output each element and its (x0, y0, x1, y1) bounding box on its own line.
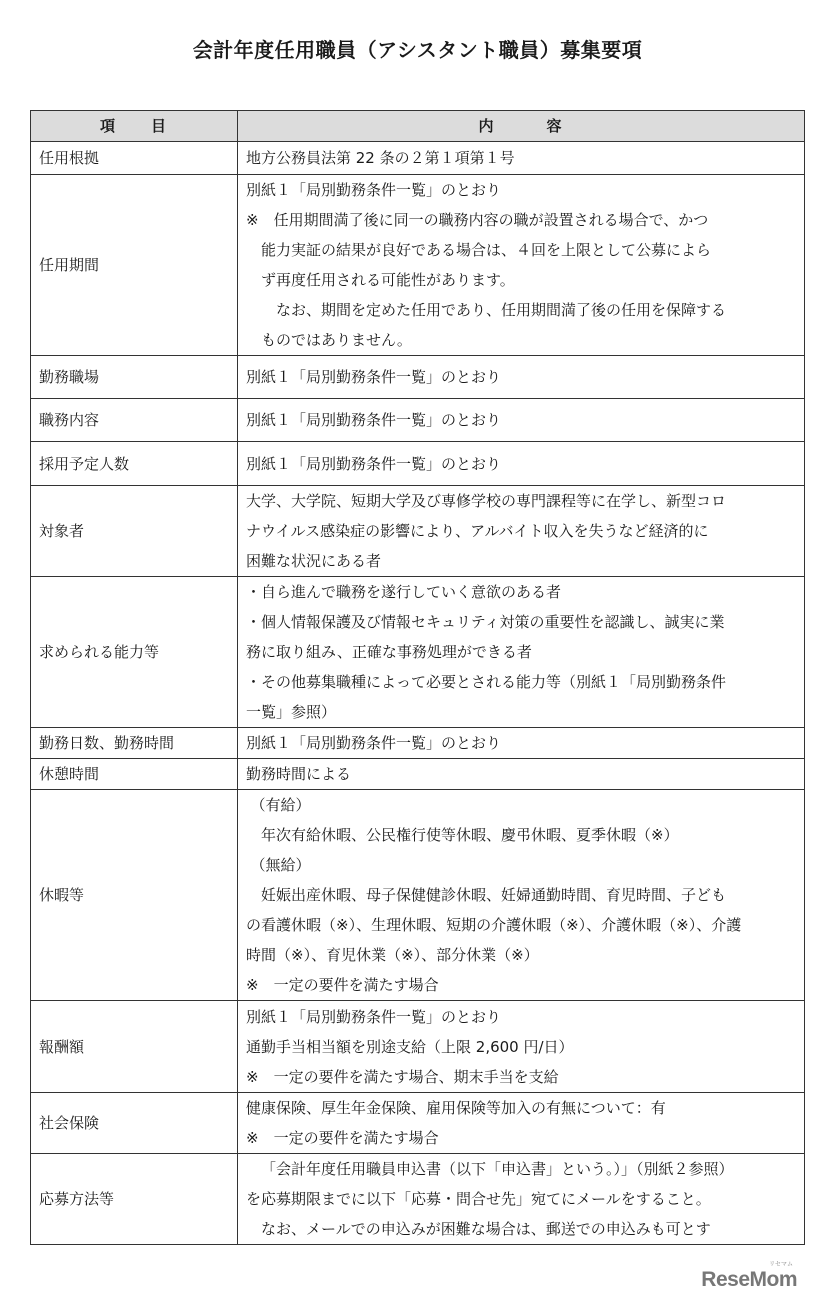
table-row: 職務内容 別紙１「局別勤務条件一覧」のとおり (31, 399, 805, 442)
content-line: 別紙１「局別勤務条件一覧」のとおり (246, 449, 796, 479)
content-line: 務に取り組み、正確な事務処理ができる者 (246, 637, 796, 667)
row-label: 勤務日数、勤務時間 (31, 728, 238, 759)
content-line: 別紙１「局別勤務条件一覧」のとおり (246, 405, 796, 435)
row-content: 勤務時間による (238, 759, 805, 790)
content-line: 妊娠出産休暇、母子保健健診休暇、妊婦通勤時間、育児時間、子ども (246, 880, 796, 910)
row-content: 「会計年度任用職員申込書（以下「申込書」という。）」（別紙２参照） を応募期限ま… (238, 1154, 805, 1245)
content-line: 別紙１「局別勤務条件一覧」のとおり (246, 175, 796, 205)
content-line: 勤務時間による (246, 759, 796, 789)
content-line: 能力実証の結果が良好である場合は、４回を上限として公募によら (246, 235, 796, 265)
content-line: ものではありません。 (246, 325, 796, 355)
content-line: 健康保険、厚生年金保険、雇用保険等加入の有無について：有 (246, 1093, 796, 1123)
row-content: 別紙１「局別勤務条件一覧」のとおり 通勤手当相当額を別途支給（上限 2,600 … (238, 1001, 805, 1093)
column-header-content: 内 容 (238, 111, 805, 142)
table-row: 社会保険 健康保険、厚生年金保険、雇用保険等加入の有無について：有 ※ 一定の要… (31, 1093, 805, 1154)
row-label: 勤務職場 (31, 356, 238, 399)
table-row: 対象者 大学、大学院、短期大学及び専修学校の専門課程等に在学し、新型コロ ナウイ… (31, 486, 805, 577)
content-line: の看護休暇（※）、生理休暇、短期の介護休暇（※）、介護休暇（※）、介護 (246, 910, 796, 940)
row-label: 応募方法等 (31, 1154, 238, 1245)
row-label: 対象者 (31, 486, 238, 577)
content-line: 別紙１「局別勤務条件一覧」のとおり (246, 1002, 796, 1032)
table-header-row: 項 目 内 容 (31, 111, 805, 142)
row-label: 職務内容 (31, 399, 238, 442)
content-line: ※ 一定の要件を満たす場合 (246, 970, 796, 1000)
table-row: 勤務職場 別紙１「局別勤務条件一覧」のとおり (31, 356, 805, 399)
content-line: 別紙１「局別勤務条件一覧」のとおり (246, 728, 796, 758)
table-row: 応募方法等 「会計年度任用職員申込書（以下「申込書」という。）」（別紙２参照） … (31, 1154, 805, 1245)
page-title: 会計年度任用職員（アシスタント職員）募集要項 (0, 34, 835, 63)
row-content: 別紙１「局別勤務条件一覧」のとおり ※ 任用期間満了後に同一の職務内容の職が設置… (238, 175, 805, 356)
content-line: ※ 一定の要件を満たす場合、期末手当を支給 (246, 1062, 796, 1092)
row-content: 健康保険、厚生年金保険、雇用保険等加入の有無について：有 ※ 一定の要件を満たす… (238, 1093, 805, 1154)
content-line: 困難な状況にある者 (246, 546, 796, 576)
content-line: なお、期間を定めた任用であり、任用期間満了後の任用を保障する (246, 295, 796, 325)
row-content: 別紙１「局別勤務条件一覧」のとおり (238, 442, 805, 486)
table-row: 報酬額 別紙１「局別勤務条件一覧」のとおり 通勤手当相当額を別途支給（上限 2,… (31, 1001, 805, 1093)
content-line: 一覧」参照） (246, 697, 796, 727)
row-label: 社会保険 (31, 1093, 238, 1154)
content-line: なお、メールでの申込みが困難な場合は、郵送での申込みも可とす (246, 1214, 796, 1244)
row-content: 別紙１「局別勤務条件一覧」のとおり (238, 399, 805, 442)
requirements-table: 項 目 内 容 任用根拠 地方公務員法第 22 条の２第１項第１号 任用期間 別… (30, 110, 805, 1245)
content-line: 「会計年度任用職員申込書（以下「申込書」という。）」（別紙２参照） (246, 1154, 796, 1184)
content-line: ず再度任用される可能性があります。 (246, 265, 796, 295)
table-row: 休憩時間 勤務時間による (31, 759, 805, 790)
content-line: 大学、大学院、短期大学及び専修学校の専門課程等に在学し、新型コロ (246, 486, 796, 516)
content-line: ※ 任用期間満了後に同一の職務内容の職が設置される場合で、かつ (246, 205, 796, 235)
resemom-logo: ReseMom リセマム (701, 1268, 797, 1292)
content-line: 時間（※）、育児休業（※）、部分休業（※） (246, 940, 796, 970)
content-line: ・自ら進んで職務を遂行していく意欲のある者 (246, 577, 796, 607)
row-label: 採用予定人数 (31, 442, 238, 486)
row-content: ・自ら進んで職務を遂行していく意欲のある者 ・個人情報保護及び情報セキュリティ対… (238, 577, 805, 728)
content-line: ※ 一定の要件を満たす場合 (246, 1123, 796, 1153)
column-header-item: 項 目 (31, 111, 238, 142)
table-row: 勤務日数、勤務時間 別紙１「局別勤務条件一覧」のとおり (31, 728, 805, 759)
row-content: 大学、大学院、短期大学及び専修学校の専門課程等に在学し、新型コロ ナウイルス感染… (238, 486, 805, 577)
table-row: 任用根拠 地方公務員法第 22 条の２第１項第１号 (31, 142, 805, 175)
content-line: 別紙１「局別勤務条件一覧」のとおり (246, 362, 796, 392)
logo-ruby: リセマム (769, 1259, 793, 1268)
content-line: 年次有給休暇、公民権行使等休暇、慶弔休暇、夏季休暇（※） (246, 820, 796, 850)
row-label: 任用根拠 (31, 142, 238, 175)
content-line: を応募期限までに以下「応募・問合せ先」宛てにメールをすること。 (246, 1184, 796, 1214)
row-content: 地方公務員法第 22 条の２第１項第１号 (238, 142, 805, 175)
row-label: 任用期間 (31, 175, 238, 356)
content-line: ・個人情報保護及び情報セキュリティ対策の重要性を認識し、誠実に業 (246, 607, 796, 637)
row-label: 求められる能力等 (31, 577, 238, 728)
content-line: （有給） (246, 790, 796, 820)
content-line: ・その他募集職種によって必要とされる能力等（別紙１「局別勤務条件 (246, 667, 796, 697)
row-content: 別紙１「局別勤務条件一覧」のとおり (238, 728, 805, 759)
content-line: 通勤手当相当額を別途支給（上限 2,600 円/日） (246, 1032, 796, 1062)
row-content: 別紙１「局別勤務条件一覧」のとおり (238, 356, 805, 399)
content-line: 地方公務員法第 22 条の２第１項第１号 (246, 143, 796, 173)
content-line: ナウイルス感染症の影響により、アルバイト収入を失うなど経済的に (246, 516, 796, 546)
logo-text: ReseMom (701, 1268, 797, 1291)
row-label: 報酬額 (31, 1001, 238, 1093)
table-row: 求められる能力等 ・自ら進んで職務を遂行していく意欲のある者 ・個人情報保護及び… (31, 577, 805, 728)
content-line: （無給） (246, 850, 796, 880)
table-row: 採用予定人数 別紙１「局別勤務条件一覧」のとおり (31, 442, 805, 486)
row-label: 休暇等 (31, 790, 238, 1001)
row-label: 休憩時間 (31, 759, 238, 790)
table-row: 任用期間 別紙１「局別勤務条件一覧」のとおり ※ 任用期間満了後に同一の職務内容… (31, 175, 805, 356)
table-row: 休暇等 （有給） 年次有給休暇、公民権行使等休暇、慶弔休暇、夏季休暇（※） （無… (31, 790, 805, 1001)
row-content: （有給） 年次有給休暇、公民権行使等休暇、慶弔休暇、夏季休暇（※） （無給） 妊… (238, 790, 805, 1001)
